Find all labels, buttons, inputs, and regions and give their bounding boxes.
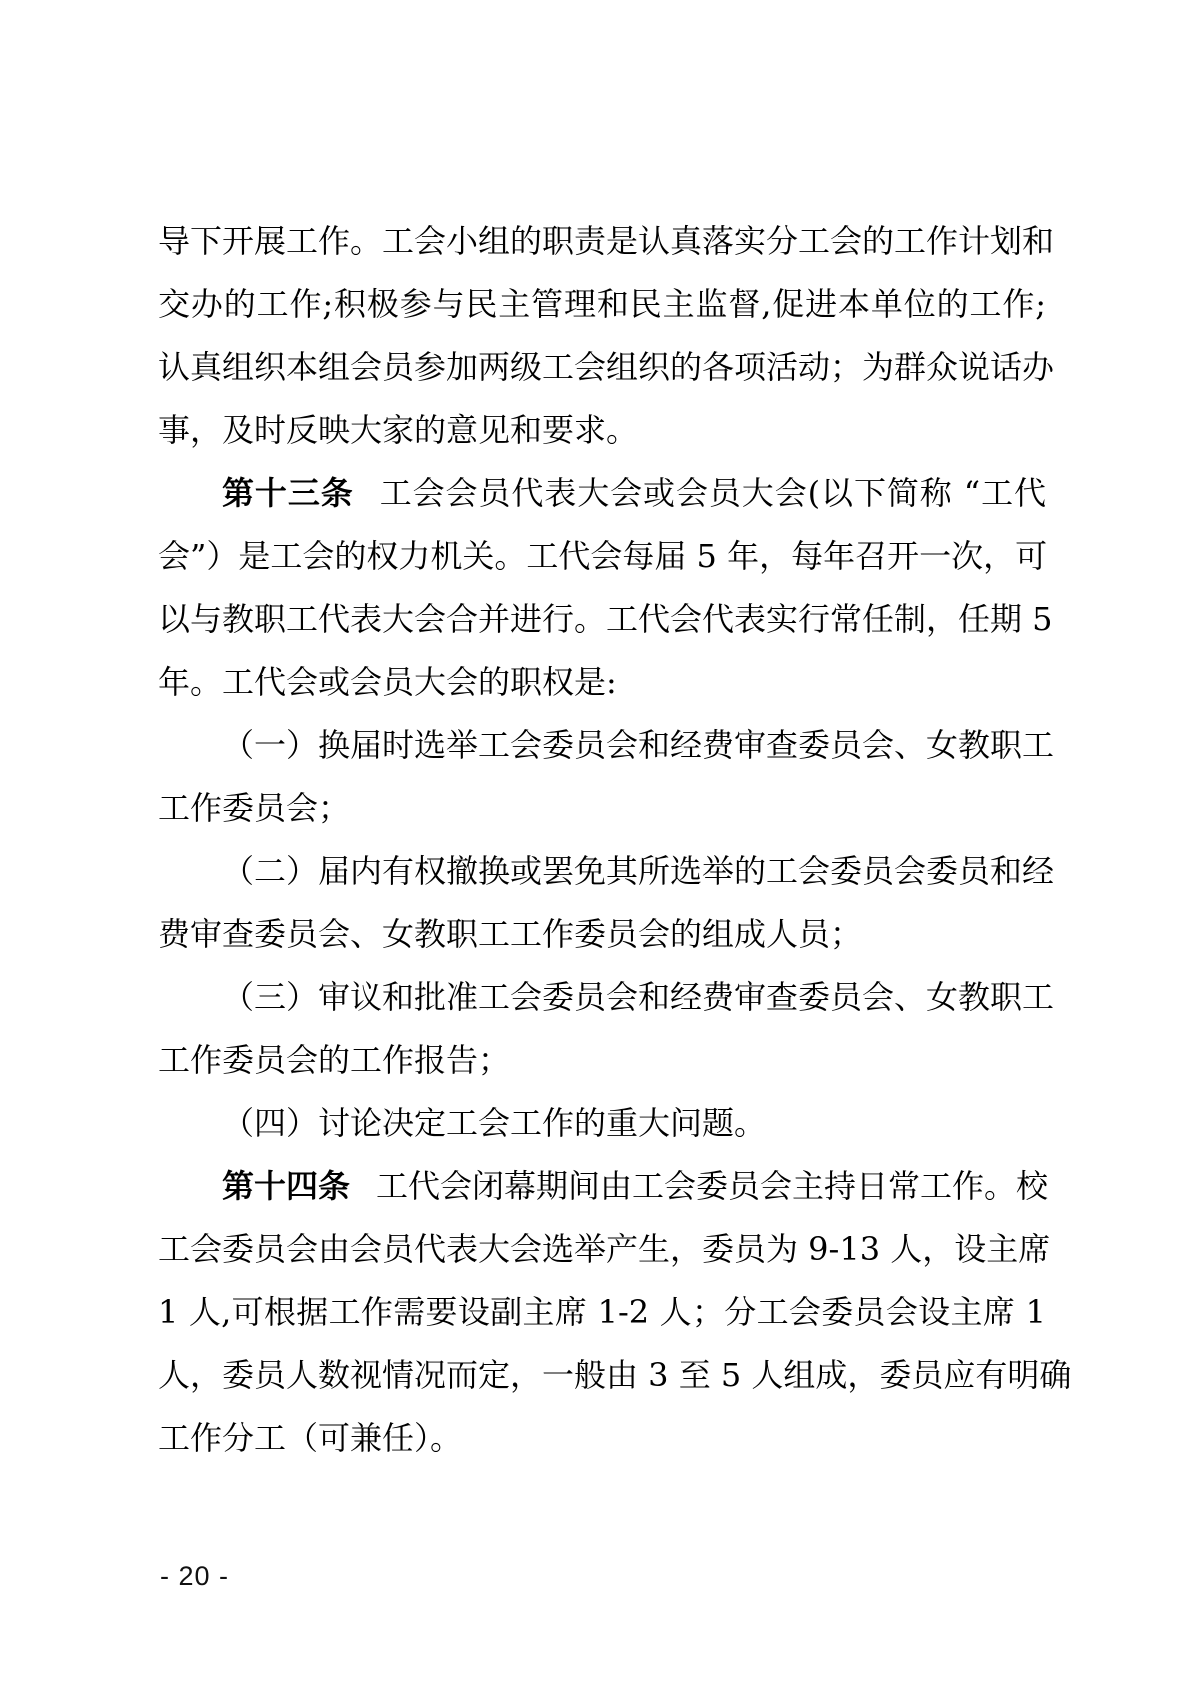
text-run: 工作分工（可兼任）。: [158, 1419, 462, 1457]
article-term: 第十四条: [222, 1167, 350, 1205]
text-line: 工作委员会的工作报告；: [158, 1033, 1046, 1096]
text-run: 工作委员会；: [158, 789, 350, 827]
text-line: （二）届内有权撤换或罢免其所选举的工会委员会委员和经: [158, 844, 1046, 907]
text-line: 人，委员人数视情况而定，一般由 3 至 5 人组成，委员应有明确: [158, 1348, 1046, 1411]
text-run: 费审查委员会、女教职工工作委员会的组成人员；: [158, 915, 862, 953]
document-body: 导下开展工作。工会小组的职责是认真落实分工会的工作计划和交办的工作;积极参与民主…: [158, 214, 1046, 1474]
text-run: 会”）是工会的权力机关。工代会每届 5 年，每年召开一次，可: [158, 537, 1047, 575]
text-run: （一）换届时选举工会委员会和经费审查委员会、女教职工: [222, 726, 1054, 764]
text-line: 工会委员会由会员代表大会选举产生，委员为 9-13 人，设主席: [158, 1222, 1046, 1285]
text-run: 人，委员人数视情况而定，一般由 3 至 5 人组成，委员应有明确: [158, 1356, 1071, 1394]
text-line: 第十四条工代会闭幕期间由工会委员会主持日常工作。校: [158, 1159, 1046, 1222]
text-run: 工代会闭幕期间由工会委员会主持日常工作。校: [376, 1167, 1048, 1205]
text-line: 事，及时反映大家的意见和要求。: [158, 403, 1046, 466]
text-line: 第十三条工会会员代表大会或会员大会(以下简称 “工代: [158, 466, 1046, 529]
text-line: 导下开展工作。工会小组的职责是认真落实分工会的工作计划和: [158, 214, 1046, 277]
text-line: （三）审议和批准工会委员会和经费审查委员会、女教职工: [158, 970, 1046, 1033]
text-run: 交办的工作;积极参与民主管理和民主监督,促进本单位的工作;: [158, 285, 1046, 323]
text-line: 年。工代会或会员大会的职权是:: [158, 655, 1046, 718]
text-line: 以与教职工代表大会合并进行。工代会代表实行常任制，任期 5: [158, 592, 1046, 655]
text-run: （四）讨论决定工会工作的重大问题。: [222, 1104, 766, 1142]
text-line: 认真组织本组会员参加两级工会组织的各项活动；为群众说话办: [158, 340, 1046, 403]
text-run: 工会会员代表大会或会员大会(以下简称 “工代: [380, 474, 1046, 512]
page-number: - 20 -: [160, 1560, 229, 1592]
text-line: 工作委员会；: [158, 781, 1046, 844]
text-run: 认真组织本组会员参加两级工会组织的各项活动；为群众说话办: [158, 348, 1054, 386]
text-run: 以与教职工代表大会合并进行。工代会代表实行常任制，任期 5: [158, 600, 1053, 638]
text-run: （二）届内有权撤换或罢免其所选举的工会委员会委员和经: [222, 852, 1054, 890]
text-run: 1 人,可根据工作需要设副主席 1-2 人；分工会委员会设主席 1: [158, 1293, 1046, 1331]
document-page: 导下开展工作。工会小组的职责是认真落实分工会的工作计划和交办的工作;积极参与民主…: [0, 0, 1191, 1684]
text-line: 会”）是工会的权力机关。工代会每届 5 年，每年召开一次，可: [158, 529, 1046, 592]
text-run: 导下开展工作。工会小组的职责是认真落实分工会的工作计划和: [158, 222, 1054, 260]
text-line: （四）讨论决定工会工作的重大问题。: [158, 1096, 1046, 1159]
text-run: 工作委员会的工作报告；: [158, 1041, 510, 1079]
text-line: 工作分工（可兼任）。: [158, 1411, 1046, 1474]
text-run: 年。工代会或会员大会的职权是:: [158, 663, 617, 701]
text-line: （一）换届时选举工会委员会和经费审查委员会、女教职工: [158, 718, 1046, 781]
text-run: 事，及时反映大家的意见和要求。: [158, 411, 638, 449]
text-run: 工会委员会由会员代表大会选举产生，委员为 9-13 人，设主席: [158, 1230, 1050, 1268]
article-term: 第十三条: [222, 474, 354, 512]
text-line: 交办的工作;积极参与民主管理和民主监督,促进本单位的工作;: [158, 277, 1046, 340]
text-line: 费审查委员会、女教职工工作委员会的组成人员；: [158, 907, 1046, 970]
text-run: （三）审议和批准工会委员会和经费审查委员会、女教职工: [222, 978, 1054, 1016]
text-line: 1 人,可根据工作需要设副主席 1-2 人；分工会委员会设主席 1: [158, 1285, 1046, 1348]
